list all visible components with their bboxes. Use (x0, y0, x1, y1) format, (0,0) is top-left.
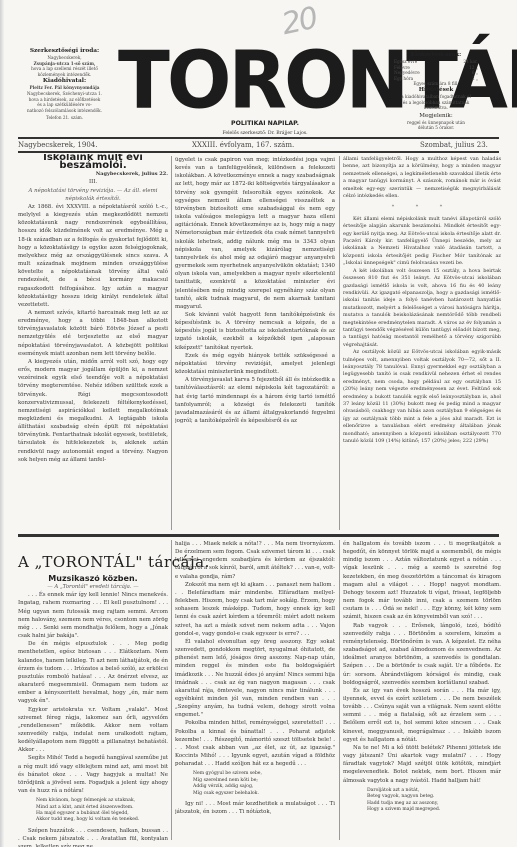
article-column-1: Iskoláink mult évi beszámolói. Nagybecsk… (18, 154, 168, 530)
feuilleton-title: Muzsikaszó közben. (18, 575, 168, 583)
newspaper-page: 20 Szerkesztőségi iroda: Nagybecskerek, … (0, 0, 517, 847)
poem-stanza: Nem gyógyul be szivem sebe, Míg szerelme… (193, 771, 335, 797)
editorial-office-box: Szerkesztőségi iroda: Nagybecskerek, Zsu… (22, 47, 107, 121)
publishing-office-heading: Kiadóhivatal: (22, 77, 107, 85)
feuilleton-paragraph: halija . . . Miaek nekik a nóta!? . . . … (175, 540, 335, 581)
newspaper-subtitle: POLITIKAI NAPILAP. (150, 120, 380, 127)
article-column-2: ügyelet is csak papiron van meg; intézke… (175, 156, 335, 530)
article-paragraph: Ezek és még egyéb hiányok tették szükség… (175, 352, 335, 376)
dateline-place-year: Nagybecskerek, 1904. (18, 141, 97, 149)
office-line: Telefon 21. szám. (22, 115, 107, 121)
column-divider (339, 540, 340, 840)
newspaper-title: TORONTÁL (118, 40, 384, 120)
feuilleton-column-3: én hallgatom és tovább iszom . . . ti me… (343, 540, 501, 847)
feuilleton-paragraph: Él valahol elvonultan egy öreg asszony. … (175, 638, 335, 720)
feuilleton-paragraph: Na te ne! Mi a kő ütött belétek? Pihenni… (343, 744, 501, 785)
dateline-volume-issue: XXXIII. évfolyam, 167. szám. (192, 141, 294, 149)
column-divider (171, 540, 172, 840)
editorial-office-heading: Szerkesztőségi iroda: (22, 47, 107, 55)
appears-heading: Megjelenik: (394, 113, 478, 120)
feuilleton-paragraph: Rab vagyok . . . Erősnek, lángoló, izzó,… (343, 622, 501, 687)
feuilleton-paragraph: Segíts Mihó! Tedd a hegedű hangjával sze… (18, 754, 168, 795)
subscription-heading: Előfizetési árak: (394, 52, 478, 59)
ads-heading: Hirdetések (394, 87, 478, 94)
feuilleton-paragraph: Pokolba minden hittel, reménységgel, sze… (175, 719, 335, 768)
article-lede: A népoktatási törvény reviziója. — Az ál… (18, 187, 168, 203)
article-part-number: III. (18, 178, 168, 186)
feuilleton-rule (18, 534, 499, 537)
article-paragraph: ügyelet is csak papiron van meg; intézke… (175, 156, 335, 311)
poem-line: Hogy a szivem majd megreped. (367, 807, 501, 813)
feuilleton-paragraph: De én mégis elpusztulok . . . Meg pedig … (18, 640, 168, 705)
dateline-day-date: Szombat, julius 23. (420, 141, 488, 149)
price-label: Egy hóra (394, 76, 413, 82)
feuilleton-column-1: Muzsikaszó közben. — A „Torontál" eredet… (18, 575, 168, 847)
section-stars: * * * (343, 204, 501, 211)
editor-line: Felelős szerkesztő: Dr. Brájjer Lajos. (150, 131, 380, 136)
ads-line: a kiadóhivatalban fogadtatnak el (394, 94, 478, 100)
article-paragraph: A két iskolában volt összesen 15 osztály… (343, 268, 501, 349)
scan-edge-shadow (0, 0, 4, 847)
feuilleton-paragraph: És az igy van évek hosszú során . . . Ha… (343, 687, 501, 744)
article-headline: Iskoláink mult évi beszámolói. (18, 154, 168, 170)
feuilleton-paragraph: Igy ni! . . . Most már kezdhetitek a mul… (175, 800, 335, 816)
article-paragraph: Az osztályok közül az Eötvös-utcai iskol… (343, 349, 501, 445)
article-dateline: Nagybecskerek, julius 22. (18, 170, 168, 178)
article-column-3: állami tanfelügyeletről. Hogy a multhoz … (343, 156, 501, 530)
column-divider (171, 156, 172, 530)
poem-line: Míg csak egyszer belehalok. (193, 791, 335, 797)
article-paragraph: Két állami elemi népiskolánk mult tanévi… (343, 216, 501, 268)
article-paragraph: A törvényjavaslat karva 5 fejezetből áll… (175, 376, 335, 425)
office-line: hova a lap szellemi részét illető (22, 66, 107, 72)
ads-line: kiszámítva. (394, 105, 478, 111)
article-paragraph: A kiegyezés után, midőn arról volt szó, … (18, 358, 168, 464)
feuilleton-paragraph: Egykor aristokrata v.r. Voltam „valaki".… (18, 706, 168, 755)
feuilleton-paragraph: én hallgatom és tovább iszom . . . ti me… (343, 540, 501, 622)
feuilleton-column-2: halija . . . Miaek nekik a nóta!? . . . … (175, 540, 335, 847)
price-value: 2 „ (472, 76, 478, 82)
article-paragraph: Az 1868. évi XXXVIII. a népoktatásról sz… (18, 203, 168, 309)
feuilleton-byline: — A „Torontál" eredeti tárcája. — (18, 583, 168, 591)
masthead-rule (18, 137, 499, 139)
poem-stanza: Nem kívánom, hogy felmenjek az utaknak, … (36, 798, 168, 824)
office-line: Nagybecskerek, Széchenyi-utcza 1. (22, 91, 107, 97)
article-paragraph: A nemzet szívós, kitartó harcainak meg l… (18, 309, 168, 358)
poem-stanza: Daroljátok azt a nótát, Beteg vagyok, na… (367, 788, 501, 814)
article-paragraph: Sok kivánni valót hagyott fenn tanítókép… (175, 311, 335, 352)
feuilleton-paragraph: Szépen huzzátok . . . csendesen, halkan,… (18, 827, 168, 847)
column-divider (339, 156, 340, 530)
poem-line: Akkor tudd meg, hogy ki voltam én teneke… (36, 817, 168, 823)
article-paragraph: állami tanfelügyeletről. Hogy a multhoz … (343, 156, 501, 200)
dateline-rule (18, 151, 499, 153)
appears-line: délután 5 órakor. (394, 125, 478, 131)
office-line: natkozó felszólamlások intézendők. (22, 108, 107, 114)
feuilleton-paragraph: . . . És ennek már így kell lennie! Ninc… (18, 591, 168, 640)
feuilleton-paragraph: Zokszót ma nem ejt ki ajkam . . . panasz… (175, 581, 335, 638)
subscription-box: Előfizetési árak: Egész évre24 kor. Félé… (394, 52, 478, 131)
